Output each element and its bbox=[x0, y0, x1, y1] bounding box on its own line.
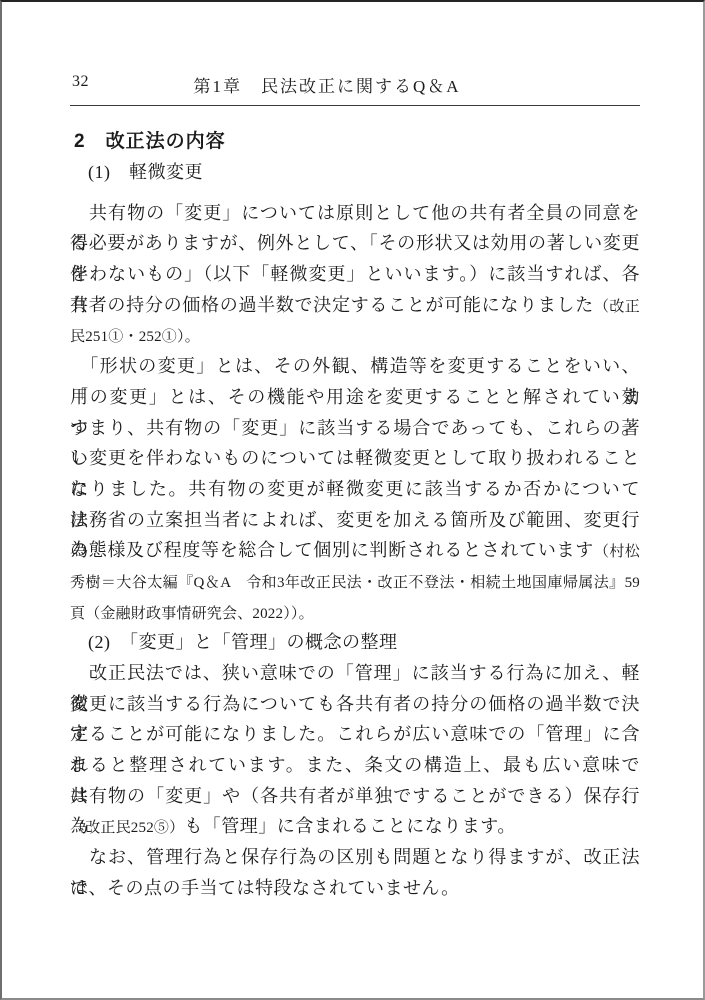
page-content: 2 改正法の内容(1) 軽微変更 共有物の「変更」については原則として他の共有者… bbox=[70, 127, 640, 904]
body-text: 有者の持分の価格の過半数で決定することが可能になりました bbox=[70, 295, 594, 315]
text-line: なりました。共有物の変更が軽微変更に該当するか否かについては、 bbox=[70, 474, 640, 505]
text-line: 秀樹＝大谷太編『Q＆A 令和3年改正民法・改正不登法・相続土地国庫帰属法』59 bbox=[70, 566, 640, 597]
subsection-heading: (1) 軽微変更 bbox=[70, 157, 640, 188]
text-line: 改正民法では、狭い意味での「管理」に該当する行為に加え、軽微 bbox=[70, 658, 640, 689]
section-heading: 2 改正法の内容 bbox=[70, 127, 640, 157]
body-text: も「管理」に含まれることになります。 bbox=[184, 816, 516, 836]
text-line: 用の変更」とは、その機能や用途を変更することと解されています。 bbox=[70, 382, 640, 413]
text-line: の態様及び程度等を総合して個別に判断されるとされています（村松 bbox=[70, 535, 640, 566]
text-line: 頁（金融財政事情研究会、2022））。 bbox=[70, 597, 640, 628]
text-line: 共有物の「変更」や（各共有者が単独ですることができる）保存行為 bbox=[70, 781, 640, 812]
citation-text: （改正民252⑤） bbox=[70, 820, 184, 836]
text-line: することが可能になりました。これらが広い意味での「管理」に含ま bbox=[70, 719, 640, 750]
text-line: つまり、共有物の「変更」に該当する場合であっても、これらの著し bbox=[70, 413, 640, 444]
paragraph: なお、管理行為と保存行為の区別も問題となり得ますが、改正法では、その点の手当ては… bbox=[70, 842, 640, 903]
body-text: の態様及び程度等を総合して個別に判断されるとされています bbox=[70, 540, 594, 560]
text-line: 法務省の立案担当者によれば、変更を加える箇所及び範囲、変更行為 bbox=[70, 505, 640, 536]
paragraph: 改正民法では、狭い意味での「管理」に該当する行為に加え、軽微変更に該当する行為に… bbox=[70, 658, 640, 842]
citation-text: （村松 bbox=[594, 544, 640, 560]
citation-text: 頁（金融財政事情研究会、2022））。 bbox=[70, 606, 314, 622]
text-line: 有者の持分の価格の過半数で決定することが可能になりました（改正 bbox=[70, 290, 640, 321]
body-text: は、その点の手当ては特段なされていません。 bbox=[70, 878, 460, 898]
text-line: 共有物の「変更」については原則として他の共有者全員の同意を得 bbox=[70, 198, 640, 229]
text-line: は、その点の手当ては特段なされていません。 bbox=[70, 873, 640, 904]
paragraph: 「形状の変更」とは、その外観、構造等を変更することをいい、「効用の変更」とは、そ… bbox=[70, 351, 640, 627]
text-line: 変更に該当する行為についても各共有者の持分の価格の過半数で決定 bbox=[70, 689, 640, 720]
text-line: 伴わないもの」（以下「軽微変更」といいます。）に該当すれば、各共 bbox=[70, 259, 640, 290]
text-line: 民251①・252①）。 bbox=[70, 320, 640, 351]
subsection-heading: (2) 「変更」と「管理」の概念の整理 bbox=[70, 627, 640, 658]
text-line: れると整理されています。また、条文の構造上、最も広い意味では、 bbox=[70, 750, 640, 781]
text-line: なお、管理行為と保存行為の区別も問題となり得ますが、改正法で bbox=[70, 842, 640, 873]
chapter-running-title: 第1章 民法改正に関するQ＆A bbox=[42, 72, 612, 97]
citation-text: （改正 bbox=[594, 299, 640, 315]
scanned-book-page: { "header": { "page_number": "32", "runn… bbox=[0, 0, 705, 1000]
text-line: い変更を伴わないものについては軽微変更として取り扱われることに bbox=[70, 443, 640, 474]
citation-text: 秀樹＝大谷太編『Q＆A 令和3年改正民法・改正不登法・相続土地国庫帰属法』59 bbox=[70, 575, 640, 591]
header-rule bbox=[70, 105, 640, 106]
text-line: （改正民252⑤）も「管理」に含まれることになります。 bbox=[70, 811, 640, 842]
citation-text: 民251①・252①）。 bbox=[70, 329, 200, 345]
running-header: 32 第1章 民法改正に関するQ＆A bbox=[70, 72, 640, 94]
paragraph: 共有物の「変更」については原則として他の共有者全員の同意を得る必要がありますが、… bbox=[70, 198, 640, 351]
text-line: 「形状の変更」とは、その外観、構造等を変更することをいい、「効 bbox=[70, 351, 640, 382]
text-line: る必要がありますが、例外として、「その形状又は効用の著しい変更を bbox=[70, 228, 640, 259]
book-page: 32 第1章 民法改正に関するQ＆A 2 改正法の内容(1) 軽微変更 共有物の… bbox=[2, 2, 703, 998]
